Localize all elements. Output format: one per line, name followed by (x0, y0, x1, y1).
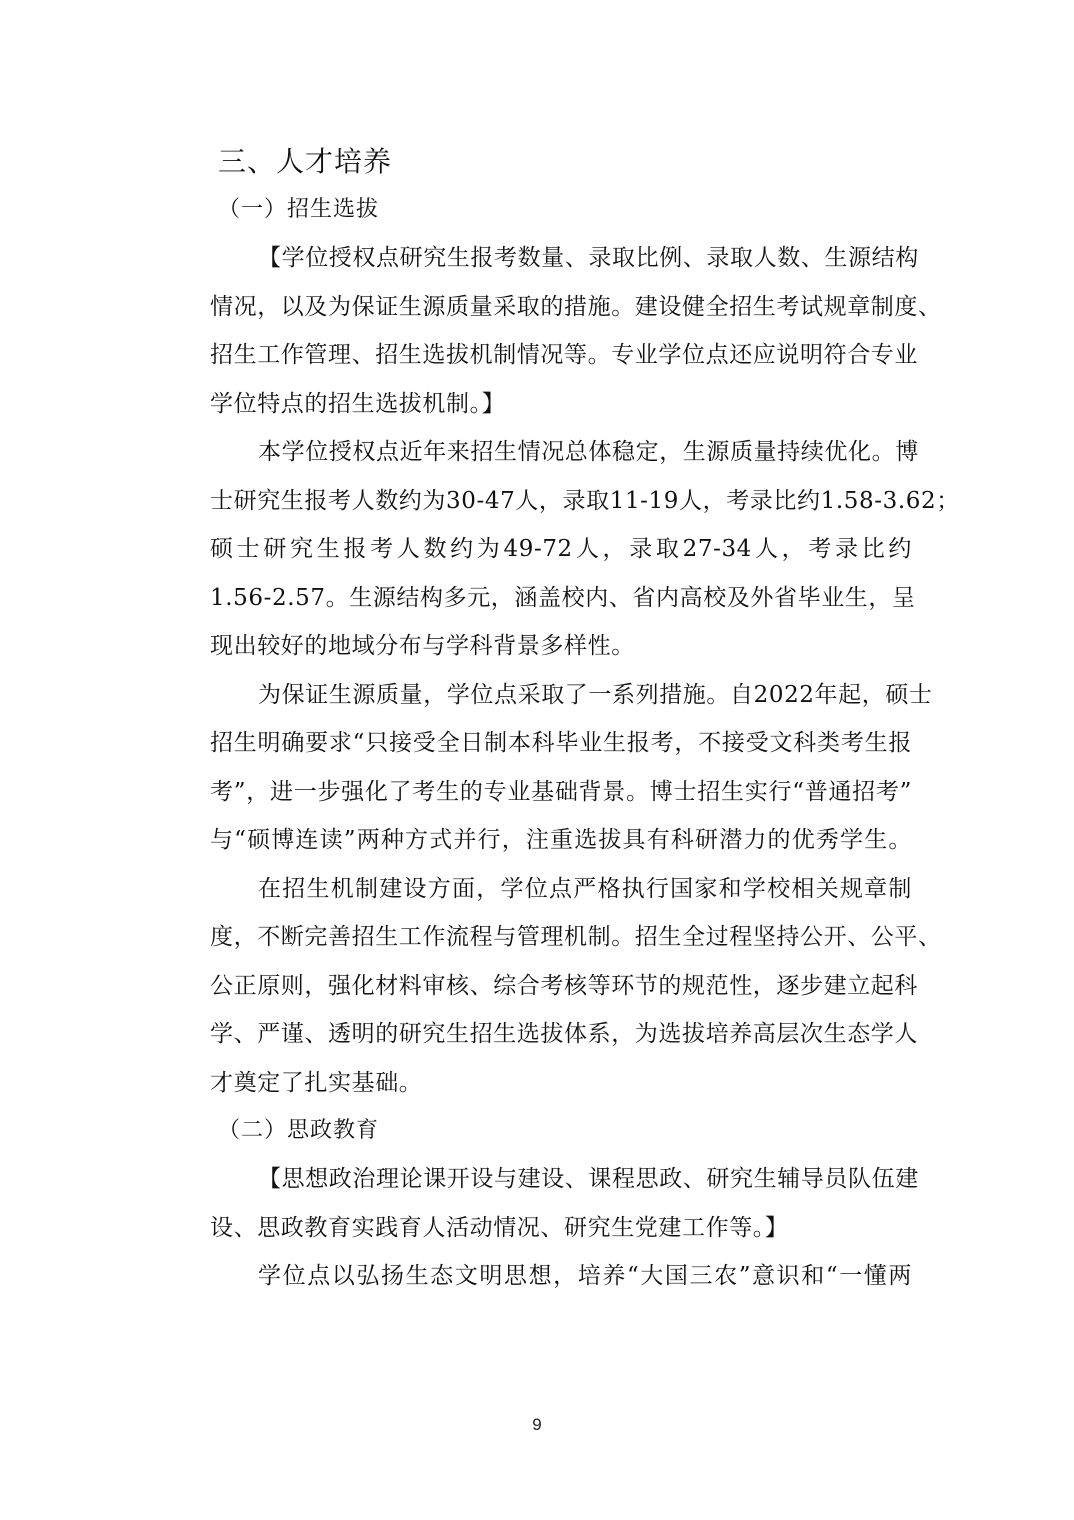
text-line: 考”，进一步强化了考生的专业基础背景。博士招生实行“普通招考” (164, 768, 912, 817)
text-line: 士研究生报考人数约为30-47人，录取11-19人，考录比约1.58-3.62； (164, 477, 912, 526)
admissions-prompt: 【学位授权点研究生报考数量、录取比例、录取人数、生源结构 情况，以及为保证生源质… (164, 234, 912, 428)
text-line: 设、思政教育实践育人活动情况、研究生党建工作等。】 (164, 1204, 912, 1253)
document-page: 三、人才培养 （一）招生选拔 【学位授权点研究生报考数量、录取比例、录取人数、生… (0, 0, 1074, 1520)
page-number: 9 (0, 1413, 1074, 1437)
text-line: 学位特点的招生选拔机制。】 (164, 380, 912, 429)
text-line: 在招生机制建设方面，学位点严格执行国家和学校相关规章制 (164, 865, 912, 914)
admissions-paragraph-measures: 为保证生源质量，学位点采取了一系列措施。自2022年起，硕士 招生明确要求“只接… (164, 671, 912, 865)
text-line: 情况，以及为保证生源质量采取的措施。建设健全招生考试规章制度、 (164, 283, 912, 332)
text-line: 招生工作管理、招生选拔机制情况等。专业学位点还应说明符合专业 (164, 331, 912, 380)
ideological-education-paragraph: 学位点以弘扬生态文明思想，培养“大国三农”意识和“一懂两 (164, 1252, 912, 1301)
text-line: 度，不断完善招生工作流程与管理机制。招生全过程坚持公开、公平、 (164, 913, 912, 962)
text-line: 公正原则，强化材料审核、综合考核等环节的规范性，逐步建立起科 (164, 962, 912, 1011)
page-content: 三、人才培养 （一）招生选拔 【学位授权点研究生报考数量、录取比例、录取人数、生… (164, 138, 912, 1301)
text-line: 才奠定了扎实基础。 (164, 1059, 912, 1108)
text-line: 学、严谨、透明的研究生招生选拔体系，为选拔培养高层次生态学人 (164, 1010, 912, 1059)
admissions-paragraph-overview: 本学位授权点近年来招生情况总体稳定，生源质量持续优化。博 士研究生报考人数约为3… (164, 428, 912, 671)
ideological-education-prompt: 【思想政治理论课开设与建设、课程思政、研究生辅导员队伍建 设、思政教育实践育人活… (164, 1155, 912, 1252)
text-line: 为保证生源质量，学位点采取了一系列措施。自2022年起，硕士 (164, 671, 912, 720)
text-line: 现出较好的地域分布与学科背景多样性。 (164, 622, 912, 671)
subsection-title-ideological-education: （二）思政教育 (164, 1107, 912, 1155)
text-line: 【思想政治理论课开设与建设、课程思政、研究生辅导员队伍建 (164, 1155, 912, 1204)
text-line: 招生明确要求“只接受全日制本科毕业生报考，不接受文科类考生报 (164, 719, 912, 768)
subsection-title-admissions: （一）招生选拔 (164, 186, 912, 234)
text-line: 本学位授权点近年来招生情况总体稳定，生源质量持续优化。博 (164, 428, 912, 477)
text-line: 硕士研究生报考人数约为49-72人，录取27-34人，考录比约 (164, 525, 912, 574)
text-line: 【学位授权点研究生报考数量、录取比例、录取人数、生源结构 (164, 234, 912, 283)
section-title: 三、人才培养 (164, 138, 912, 186)
text-line: 1.56-2.57。生源结构多元，涵盖校内、省内高校及外省毕业生，呈 (164, 574, 912, 623)
text-line: 学位点以弘扬生态文明思想，培养“大国三农”意识和“一懂两 (164, 1252, 912, 1301)
admissions-paragraph-mechanism: 在招生机制建设方面，学位点严格执行国家和学校相关规章制 度，不断完善招生工作流程… (164, 865, 912, 1108)
text-line: 与“硕博连读”两种方式并行，注重选拔具有科研潜力的优秀学生。 (164, 816, 912, 865)
